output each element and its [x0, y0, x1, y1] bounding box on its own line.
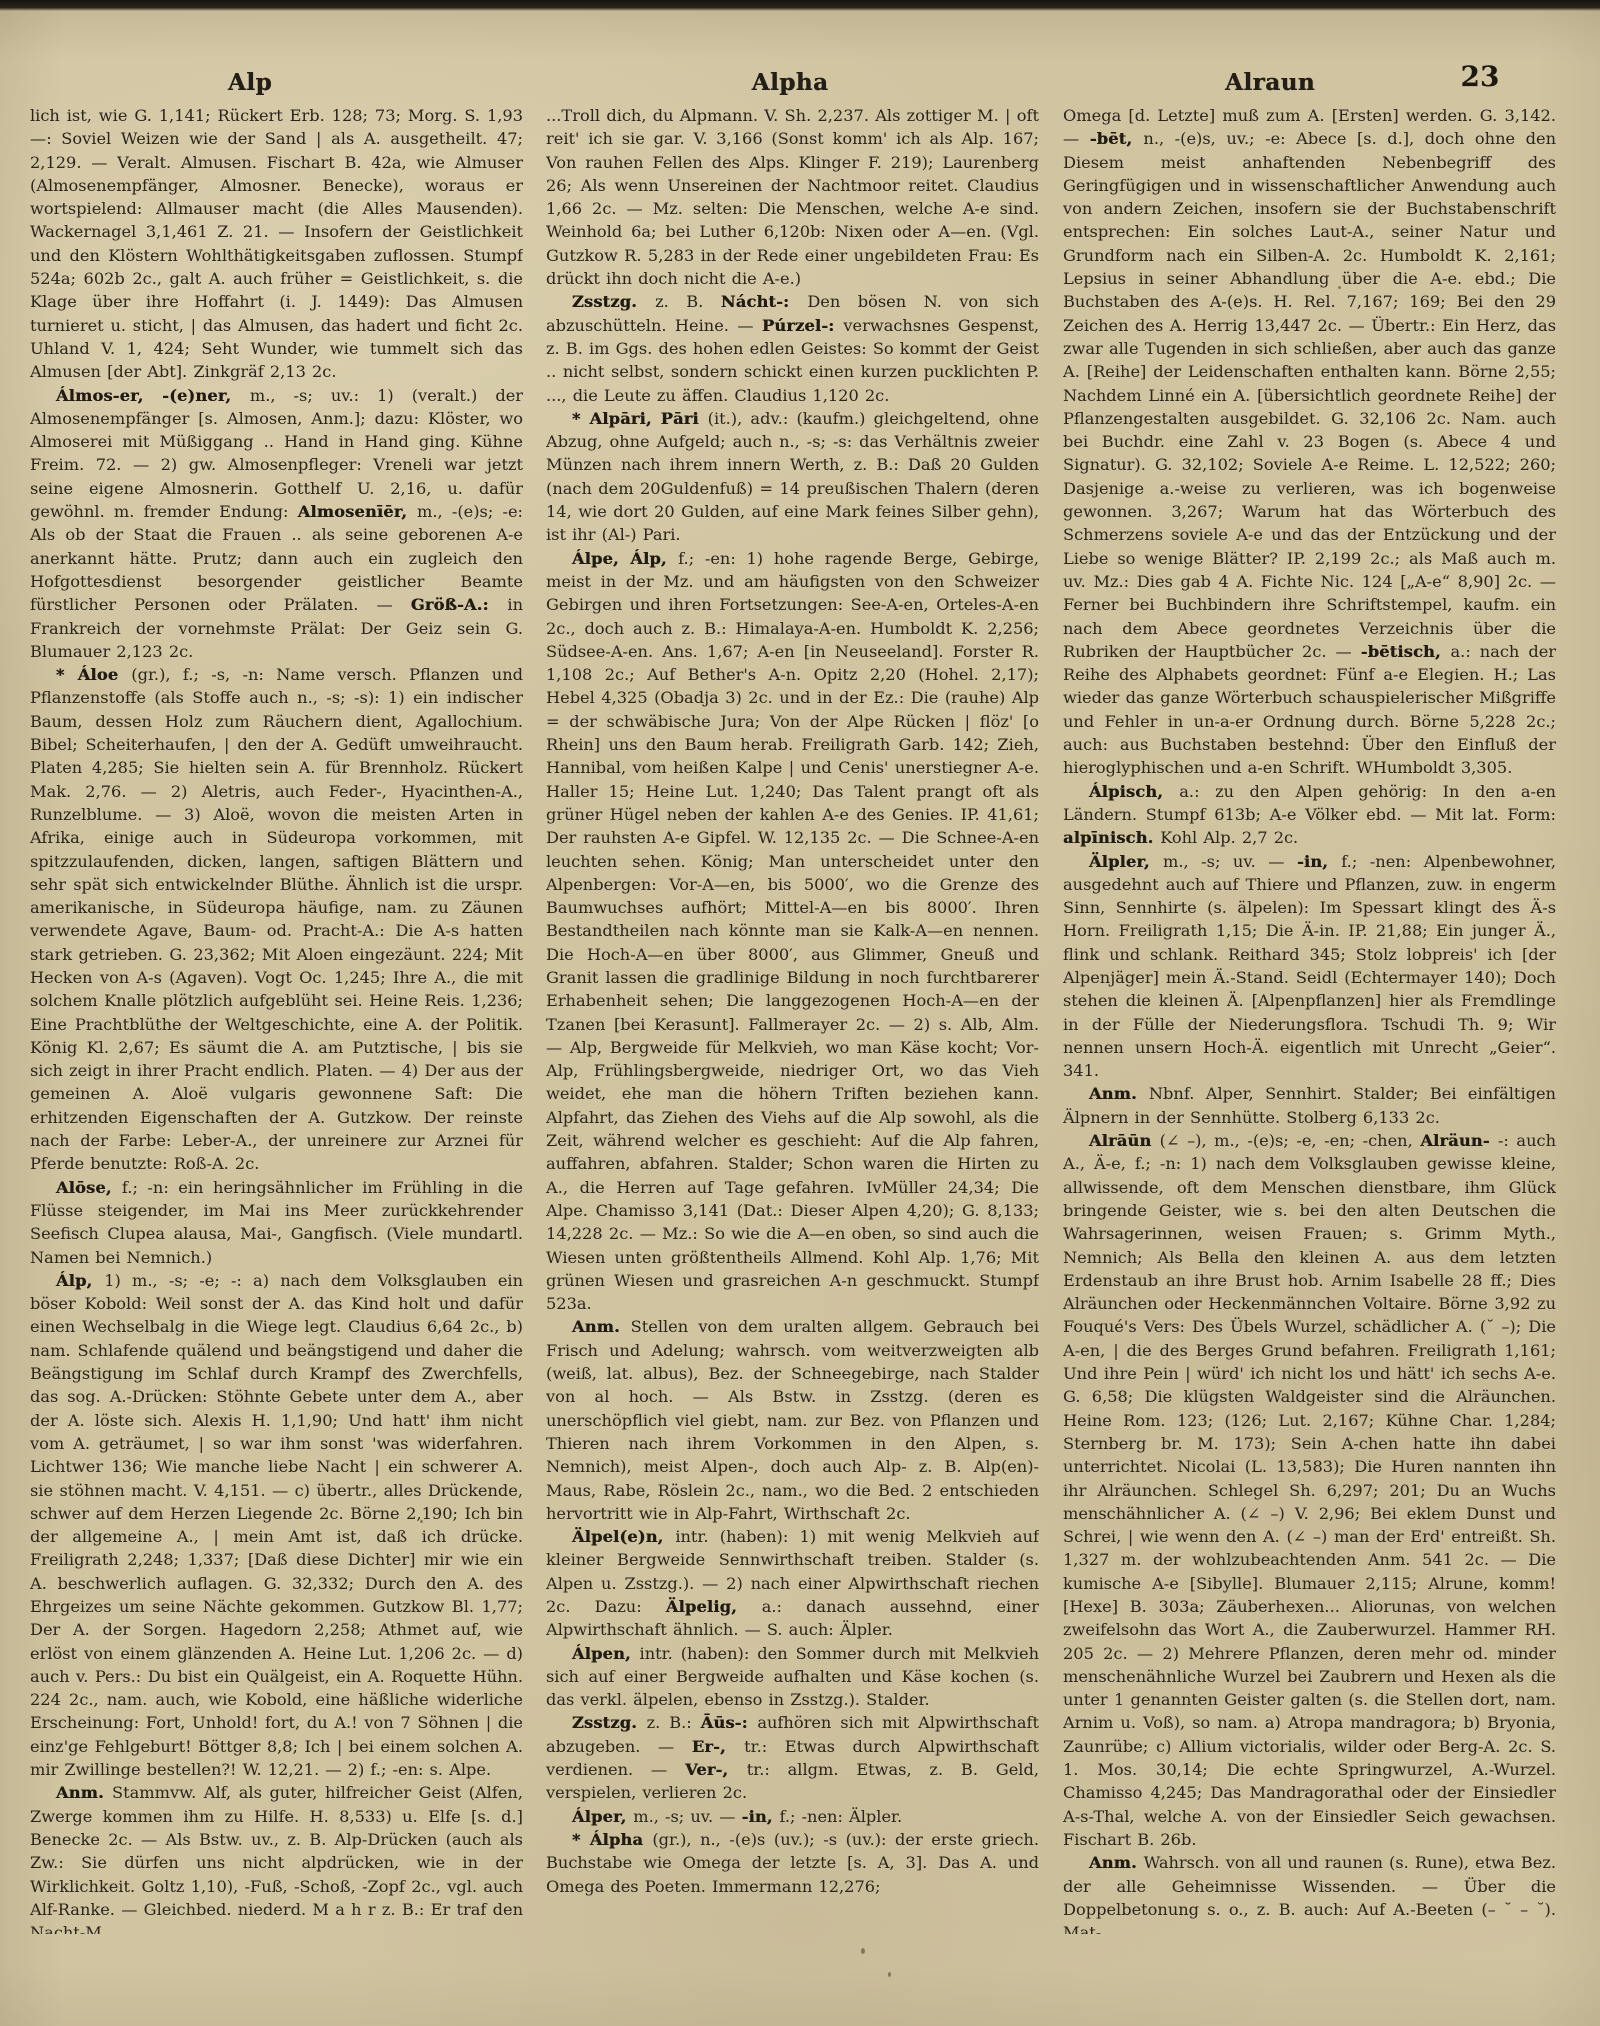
entry-alp-anm: Anm. Stammvw. Alf, als guter, hilfreiche…	[30, 1781, 523, 1934]
headword: -in,	[742, 1807, 780, 1826]
headword: Álpen,	[572, 1644, 640, 1663]
entry-alp-continuation: ...Troll dich, du Alpmann. V. Sh. 2,237.…	[546, 104, 1039, 290]
body-text: f.; -en: 1) hohe ragende Berge, Gebirge,…	[546, 549, 1039, 1314]
entry-alphabet-continuation: Omega [d. Letzte] muß zum A. [Ersten] we…	[1063, 104, 1556, 780]
entry-alraun: Alrāūn (∠ –), m., -(e)s; -e, -en; -chen,…	[1063, 1129, 1556, 1851]
body-text: a.: nach der Reihe des Alphabets geordne…	[1063, 642, 1556, 777]
entry-alraun-anm: Anm. Wahrsch. von all und raunen (s. Run…	[1063, 1851, 1556, 1934]
page-number: 23	[1430, 60, 1530, 93]
body-text: m., -s; uv.: 1) (veralt.) der Almosenemp…	[30, 386, 523, 521]
headword: Älpelig,	[666, 1597, 762, 1616]
headword: Almosenīēr,	[298, 502, 417, 521]
headword: Ver-,	[685, 1760, 747, 1779]
headword: * Álpha	[572, 1830, 652, 1849]
headword: Größ-A.:	[411, 595, 508, 614]
body-text: (∠ –), m., -(e)s; -e, -en; -chen,	[1160, 1131, 1421, 1150]
headword: * Alpāri, Pāri	[572, 409, 708, 428]
body-text: Stellen von dem uralten allgem. Gebrauch…	[546, 1317, 1039, 1522]
entry-alpen-zsstzg: Zsstzg. z. B.: Āūs-: aufhören sich mit A…	[546, 1711, 1039, 1804]
entry-aelpeln: Älpel(e)n, intr. (haben): 1) mit wenig M…	[546, 1525, 1039, 1641]
body-text: n., -(e)s, uv.; -e: Abece [s. d.], doch …	[1063, 129, 1556, 661]
paper-speck	[888, 1972, 891, 1977]
body-text: f.; -nen: Älpler.	[779, 1807, 902, 1826]
entry-almosen-continuation: lich ist, wie G. 1,141; Rückert Erb. 128…	[30, 104, 523, 384]
text-column-3: Omega [d. Letzte] muß zum A. [Ersten] we…	[1063, 104, 1556, 1934]
entry-alpe-anm: Anm. Stellen von dem uralten allgem. Geb…	[546, 1315, 1039, 1525]
text-column-2: ...Troll dich, du Alpmann. V. Sh. 2,237.…	[546, 104, 1039, 1934]
headword: Anm.	[56, 1783, 112, 1802]
headword: Āūs-:	[701, 1713, 758, 1732]
headword: Anm.	[1089, 1084, 1149, 1103]
entry-alpen: Álpen, intr. (haben): den Sommer durch m…	[546, 1642, 1039, 1712]
headword: Zsstzg.	[572, 1713, 647, 1732]
entry-almoser: Álmos-er, -(e)ner, m., -s; uv.: 1) (vera…	[30, 384, 523, 664]
headword: -in,	[1297, 852, 1341, 871]
entry-alper: Álper, m., -s; uv. — -in, f.; -nen: Älpl…	[546, 1805, 1039, 1828]
headword: Anm.	[1089, 1853, 1144, 1872]
headword: alpīnisch.	[1063, 828, 1160, 847]
headword: Álmos-er, -(e)ner,	[56, 386, 250, 405]
headword: Álpisch,	[1089, 782, 1179, 801]
body-text: lich ist, wie G. 1,141; Rückert Erb. 128…	[30, 106, 523, 381]
entry-alose: Alōse, f.; -n: ein heringsähnlicher im F…	[30, 1176, 523, 1269]
body-text: m., -s; uv. —	[1163, 852, 1297, 871]
entry-alp: Álp, 1) m., -s; -e; -: a) nach dem Volks…	[30, 1269, 523, 1782]
body-text: f.; -nen: Alpenbewohner, ausgedehnt auch…	[1063, 852, 1556, 1081]
running-head-left: Alp	[150, 66, 350, 100]
body-text: 1) m., -s; -e; -: a) nach dem Volksglaub…	[30, 1271, 523, 1779]
body-text: (gr.), f.; -s, -n: Name versch. Pflanzen…	[30, 665, 523, 1173]
headword: Álp,	[56, 1271, 104, 1290]
body-text: z. B.	[655, 292, 721, 311]
paper-speck	[861, 1948, 865, 1954]
entry-aelpler-anm: Anm. Nbnf. Alper, Sennhirt. Stalder; Bei…	[1063, 1082, 1556, 1129]
body-text: Stammvw. Alf, als guter, hilfreicher Gei…	[30, 1783, 523, 1934]
headword: -bētisch,	[1361, 642, 1451, 661]
entry-alpe: Álpe, Álp, f.; -en: 1) hohe ragende Berg…	[546, 547, 1039, 1316]
text-column-1: lich ist, wie G. 1,141; Rückert Erb. 128…	[30, 104, 523, 1934]
body-text: ...Troll dich, du Alpmann. V. Sh. 2,237.…	[546, 106, 1039, 288]
headword: -bēt,	[1090, 129, 1144, 148]
entry-alpisch: Álpisch, a.: zu den Alpen gehörig: In de…	[1063, 780, 1556, 850]
headword: Zsstzg.	[572, 292, 655, 311]
body-text: (it.), adv.: (kaufm.) gleichgeltend, ohn…	[546, 409, 1039, 544]
running-head-right: Alraun	[1170, 66, 1370, 100]
body-text: Kohl Alp. 2,7 2c.	[1160, 828, 1298, 847]
headword: Anm.	[572, 1317, 631, 1336]
headword: Alräun-	[1420, 1131, 1498, 1150]
entry-aloe: * Áloe (gr.), f.; -s, -n: Name versch. P…	[30, 663, 523, 1176]
body-text: m., -s; uv. —	[633, 1807, 741, 1826]
headword: Álpe, Álp,	[572, 549, 678, 568]
scan-edge-top	[0, 0, 1600, 11]
headword: Álper,	[572, 1807, 633, 1826]
headword: Alōse,	[56, 1178, 122, 1197]
headword: Alrāūn	[1089, 1131, 1160, 1150]
headword: * Áloe	[56, 665, 131, 684]
running-head-center: Alpha	[690, 66, 890, 100]
headword: Nácht-:	[721, 292, 808, 311]
entry-aelpler: Älpler, m., -s; uv. — -in, f.; -nen: Alp…	[1063, 850, 1556, 1083]
headword: Er-,	[692, 1737, 744, 1756]
dictionary-page-scan: Alp Alpha Alraun 23 lich ist, wie G. 1,1…	[0, 0, 1600, 2026]
body-text: -: auch A., Ä-e, f.; -n: 1) nach dem Vol…	[1063, 1131, 1556, 1849]
body-text: z. B.:	[647, 1713, 701, 1732]
entry-alpari: * Alpāri, Pāri (it.), adv.: (kaufm.) gle…	[546, 407, 1039, 547]
headword: Älpel(e)n,	[572, 1527, 675, 1546]
headword: Älpler,	[1089, 852, 1163, 871]
entry-alp-zsstzg: Zsstzg. z. B. Nácht-: Den bösen N. von s…	[546, 290, 1039, 406]
headword: Púrzel-:	[762, 316, 843, 335]
entry-alpha: * Álpha (gr.), n., -(e)s (uv.); -s (uv.)…	[546, 1828, 1039, 1898]
